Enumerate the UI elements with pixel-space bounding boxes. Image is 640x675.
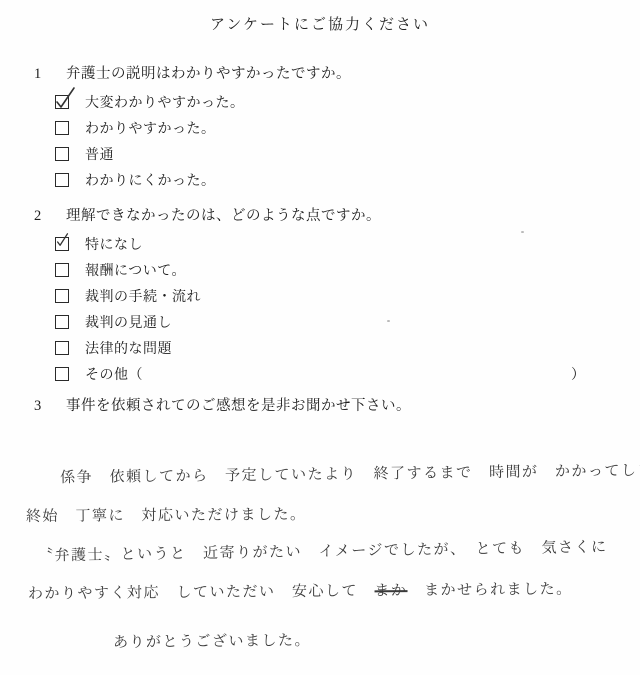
question-line: 3 事件を依頼されてのご感想を是非お聞かせ下さい。	[34, 396, 614, 416]
option-row: その他（ ）	[55, 361, 614, 387]
handwriting-line: わかりやすく対応 していただい 安心して まか まかせられました。	[28, 578, 573, 604]
option-row: 裁判の手続・流れ	[55, 283, 614, 309]
handwriting-text: 終始 丁寧に 対応いただけました。	[26, 507, 307, 525]
option-label: 大変わかりやすかった。	[85, 92, 245, 112]
checkbox[interactable]	[55, 147, 69, 161]
checkbox[interactable]	[55, 289, 69, 303]
question-text: 弁護士の説明はわかりやすかったですか。	[66, 64, 351, 84]
option-row: 大変わかりやすかった。	[55, 89, 614, 115]
option-row: わかりやすかった。	[55, 115, 614, 141]
question-3: 3 事件を依頼されてのご感想を是非お聞かせ下さい。	[34, 396, 614, 416]
other-blank-field[interactable]	[143, 367, 571, 381]
scan-speck	[521, 231, 524, 233]
option-label: 法律的な問題	[85, 338, 172, 358]
option-label: 裁判の見通し	[85, 312, 172, 332]
option-row: 特になし	[55, 231, 614, 257]
question-line: 2 理解できなかったのは、どのような点ですか。	[34, 206, 614, 226]
scan-speck	[387, 320, 390, 322]
checkbox[interactable]	[55, 263, 69, 277]
options: 特になし 報酬について。 裁判の手続・流れ 裁判の見通し	[55, 231, 614, 387]
question-number: 1	[34, 64, 46, 84]
checkbox[interactable]	[55, 341, 69, 355]
question-text: 理解できなかったのは、どのような点ですか。	[66, 206, 381, 226]
struck-out-text: まか	[374, 583, 407, 599]
question-number: 2	[34, 206, 46, 226]
questionnaire-sheet: アンケートにご協力ください 1 弁護士の説明はわかりやすかったですか。 大変わか…	[0, 0, 640, 675]
checkbox[interactable]	[55, 367, 69, 381]
handwritten-response: 係争 依頼してから 予定していたより 終了するまで 時間が かかってしまいました…	[0, 452, 640, 672]
question-1: 1 弁護士の説明はわかりやすかったですか。 大変わかりやすかった。 わかりやすか…	[34, 64, 614, 193]
checkbox[interactable]	[55, 173, 69, 187]
checkbox[interactable]	[55, 95, 69, 109]
question-number: 3	[34, 396, 46, 416]
option-row: 法律的な問題	[55, 335, 614, 361]
handwriting-text: ありがとうございました。	[113, 633, 311, 651]
option-label: わかりにくかった。	[85, 170, 216, 190]
option-label: 報酬について。	[85, 260, 186, 280]
option-label: 特になし	[85, 234, 143, 254]
handwriting-text: まかせられました。	[407, 582, 572, 599]
handwriting-text: 係争 依頼してから 予定していたより 終了するまで 時間が かかってしまいました…	[60, 462, 640, 486]
page-title: アンケートにご協力ください	[0, 13, 640, 34]
checkbox[interactable]	[55, 121, 69, 135]
option-label: わかりやすかった。	[85, 118, 216, 138]
handwriting-text: わかりやすく対応 していただい 安心して	[28, 583, 375, 602]
option-row: わかりにくかった。	[55, 167, 614, 193]
option-label: 普通	[85, 144, 114, 164]
handwriting-line: 終始 丁寧に 対応いただけました。	[26, 503, 307, 526]
options: 大変わかりやすかった。 わかりやすかった。 普通 わかりにくかった。	[55, 89, 614, 193]
closing-paren: ）	[571, 364, 586, 384]
handwritten-check-icon	[56, 232, 74, 252]
option-row: 裁判の見通し	[55, 309, 614, 335]
option-row: 普通	[55, 141, 614, 167]
question-2: 2 理解できなかったのは、どのような点ですか。 特になし 報酬について。 裁判の…	[34, 206, 614, 387]
handwriting-text: 〝弁護士〟というと 近寄りがたい イメージでしたが、 とても 気さくに	[38, 540, 608, 565]
handwriting-line: ありがとうございました。	[113, 629, 311, 652]
option-label: その他（	[85, 364, 143, 384]
checkbox[interactable]	[55, 237, 69, 251]
option-label: 裁判の手続・流れ	[85, 286, 201, 306]
handwritten-check-icon	[55, 85, 77, 109]
question-line: 1 弁護士の説明はわかりやすかったですか。	[34, 64, 614, 84]
handwriting-line: 〝弁護士〟というと 近寄りがたい イメージでしたが、 とても 気さくに	[38, 536, 608, 566]
checkbox[interactable]	[55, 315, 69, 329]
handwriting-line: 係争 依頼してから 予定していたより 終了するまで 時間が かかってしまいました…	[60, 458, 640, 487]
option-row: 報酬について。	[55, 257, 614, 283]
question-text: 事件を依頼されてのご感想を是非お聞かせ下さい。	[66, 396, 411, 416]
